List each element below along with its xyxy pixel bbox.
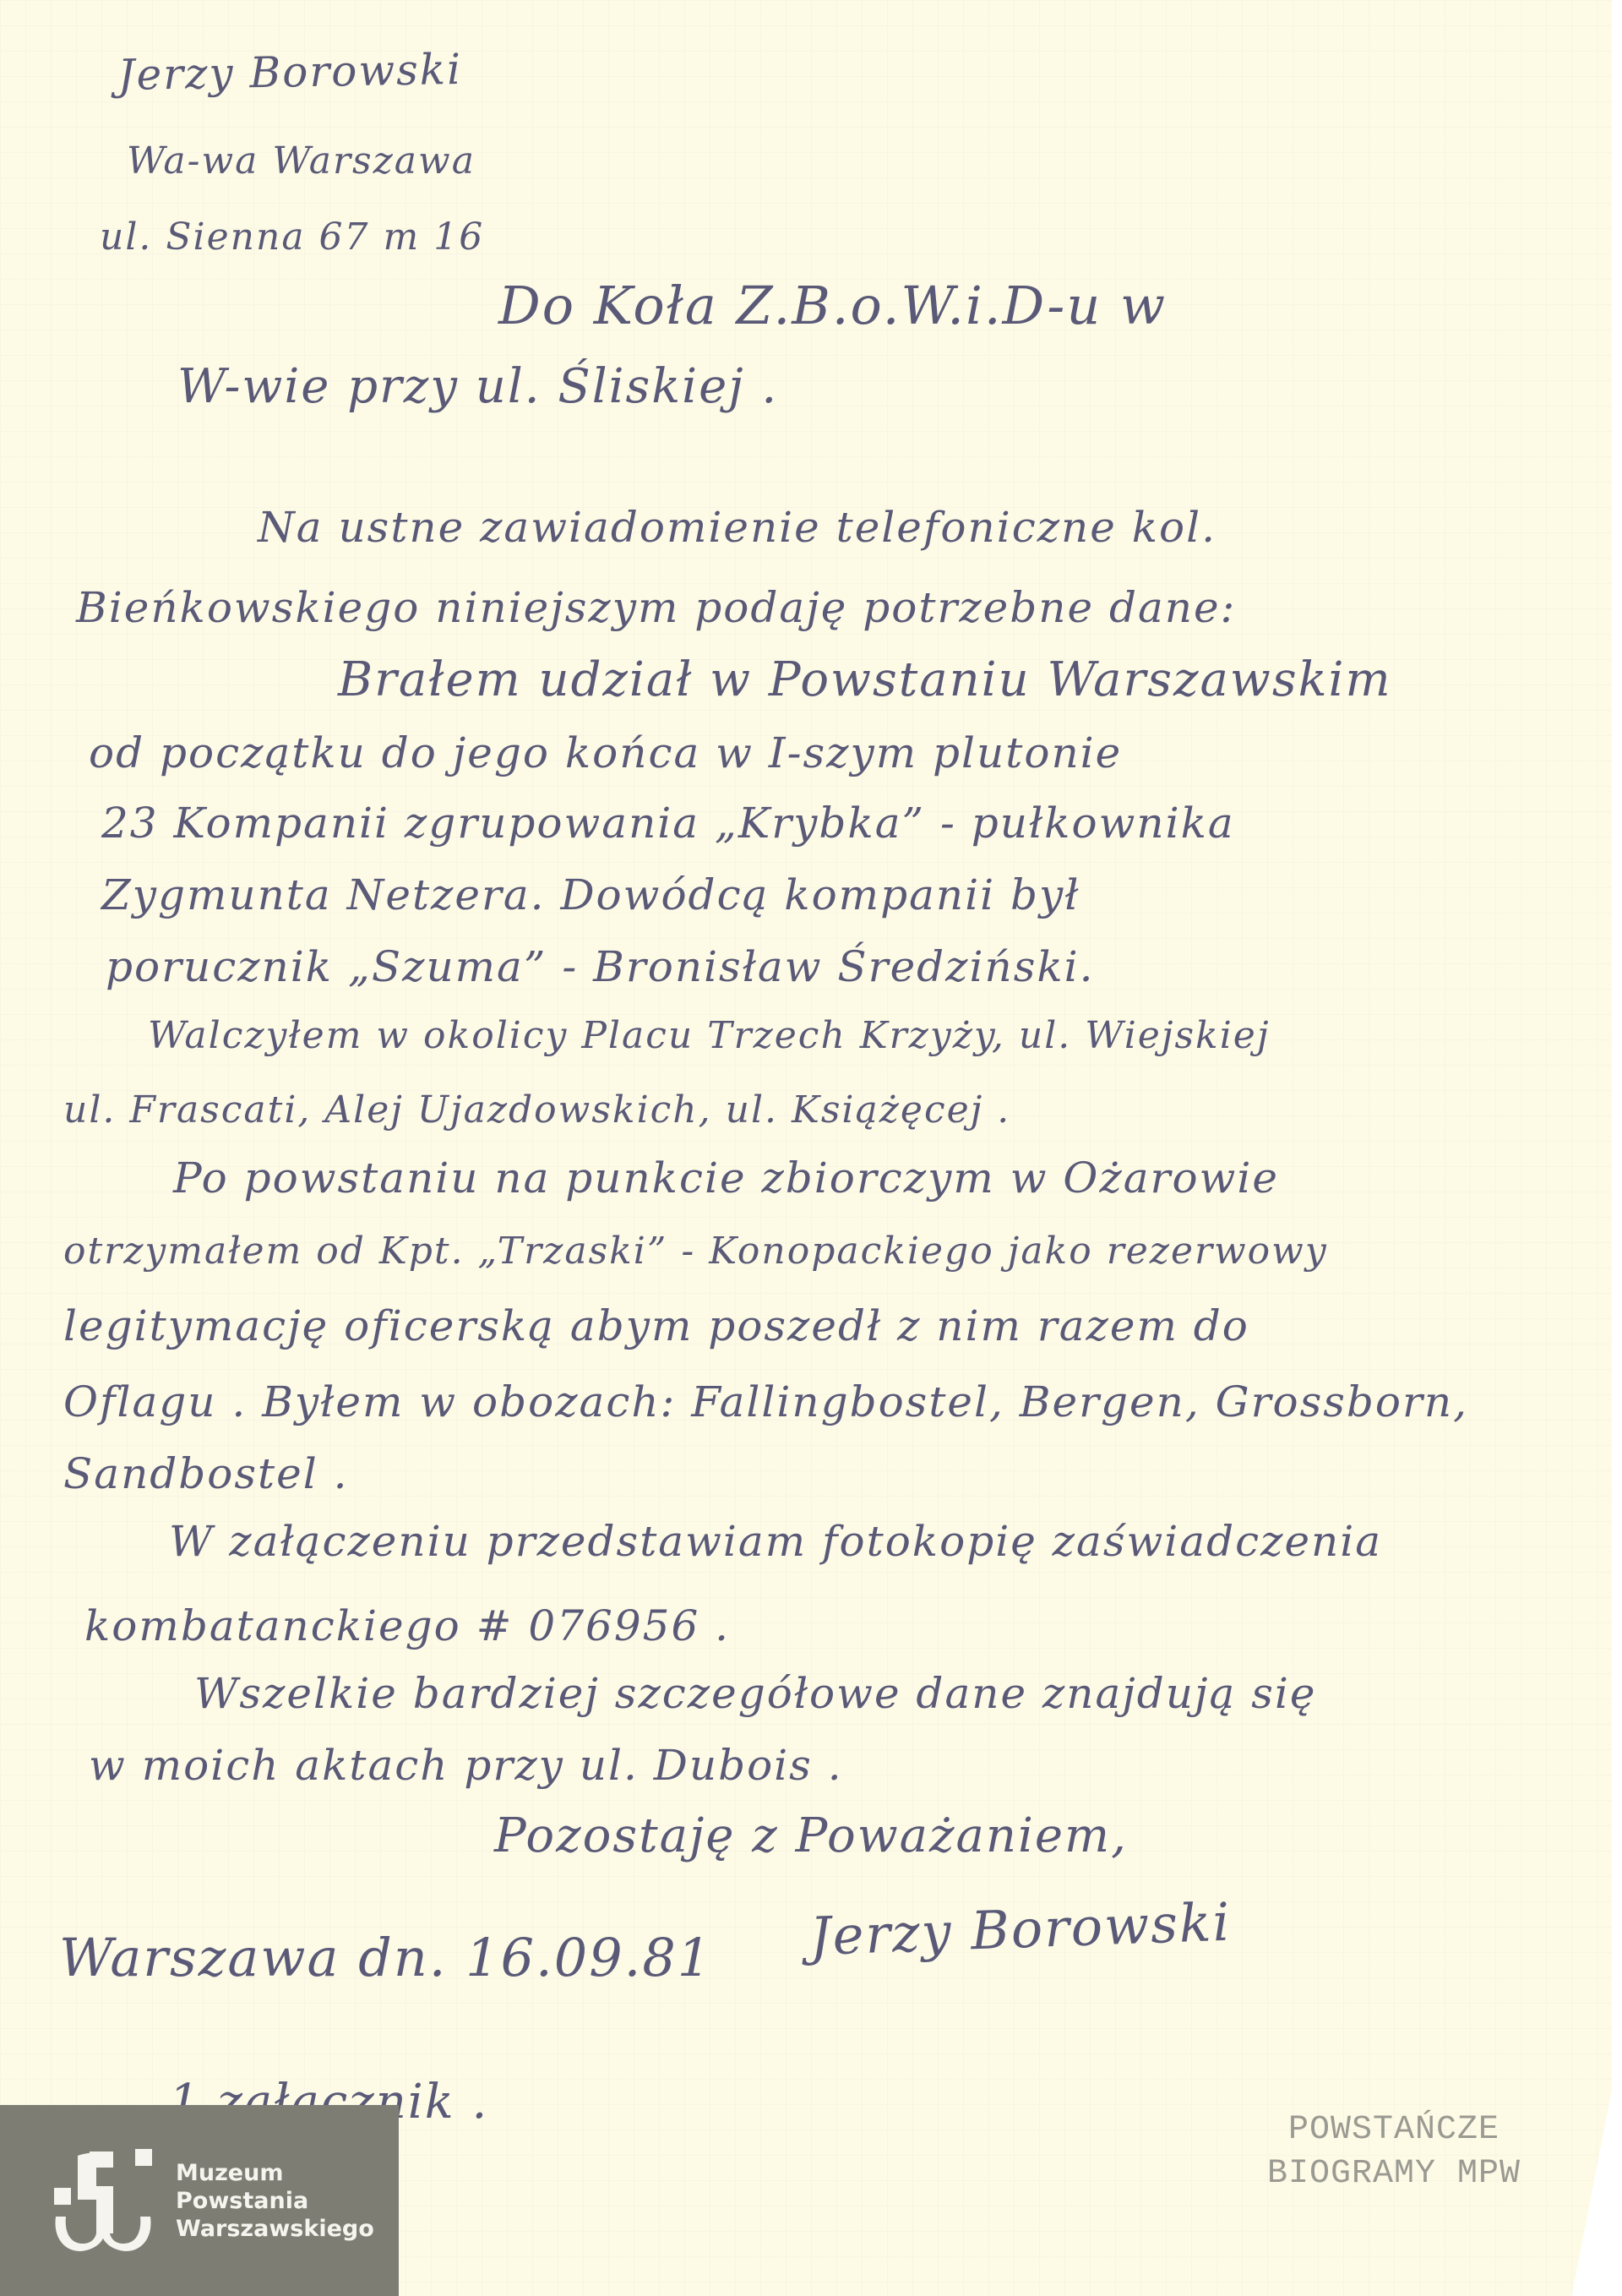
closing-greeting: Pozostaję z Poważaniem, <box>494 1808 1128 1863</box>
body-line-5: 23 Kompanii zgrupowania „Krybka” - pułko… <box>101 799 1235 848</box>
body-line-7: porucznik „Szuma” - Bronisław Średziński… <box>106 942 1095 991</box>
sender-city: Wa-wa Warszawa <box>127 139 476 183</box>
body-line-17: Wszelkie bardziej szczegółowe dane znajd… <box>194 1669 1316 1718</box>
sender-address: ul. Sienna 67 m 16 <box>100 215 484 259</box>
body-line-11: otrzymałem od Kpt. „Trzaski” - Konopacki… <box>63 1230 1328 1273</box>
body-line-1: Na ustne zawiadomienie telefoniczne kol. <box>258 503 1216 552</box>
body-line-12: legitymację oficerską abym poszedł z nim… <box>63 1301 1249 1350</box>
body-line-10: Po powstaniu na punkcie zbiorczym w Ożar… <box>173 1153 1279 1203</box>
place-date: Warszawa dn. 16.09.81 <box>59 1927 712 1988</box>
watermark-line-1: POWSTAŃCZE <box>1208 2108 1580 2152</box>
body-line-8: Walczyłem w okolicy Placu Trzech Krzyży,… <box>148 1014 1270 1057</box>
body-line-3: Brałem udział w Powstaniu Warszawskim <box>338 652 1392 707</box>
body-line-14: Sandbostel . <box>63 1449 349 1498</box>
logo-line-3: Warszawskiego <box>176 2215 374 2243</box>
body-line-6: Zygmunta Netzera. Dowódcą kompanii był <box>101 870 1080 919</box>
signature: Jerzy Borowski <box>808 1891 1232 1967</box>
logo-text: Muzeum Powstania Warszawskiego <box>176 2159 374 2243</box>
watermark-line-2: BIOGRAMY MPW <box>1208 2152 1580 2196</box>
addressee-line-2: W-wie przy ul. Śliskiej . <box>177 359 778 414</box>
letter-page: Jerzy Borowski Wa-wa Warszawa ul. Sienna… <box>0 0 1612 2296</box>
logo-line-1: Muzeum <box>176 2159 374 2187</box>
body-line-18: w moich aktach przy ul. Dubois . <box>89 1741 843 1790</box>
museum-logo: Muzeum Powstania Warszawskiego <box>0 2105 399 2296</box>
sender-name: Jerzy Borowski <box>117 45 463 100</box>
body-line-9: ul. Frascati, Alej Ujazdowskich, ul. Ksi… <box>63 1088 1010 1132</box>
body-line-2: Bieńkowskiego niniejszym podaję potrzebn… <box>76 583 1236 632</box>
logo-line-2: Powstania <box>176 2187 374 2215</box>
body-line-4: od początku do jego końca w I-szym pluto… <box>89 728 1122 777</box>
addressee-line-1: Do Koła Z.B.o.W.i.D-u w <box>498 275 1167 336</box>
kotwica-anchor-icon <box>52 2149 154 2255</box>
body-line-13: Oflagu . Byłem w obozach: Fallingbostel,… <box>63 1377 1468 1426</box>
body-line-16: kombatanckiego # 076956 . <box>84 1601 730 1650</box>
watermark: POWSTAŃCZE BIOGRAMY MPW <box>1208 2108 1580 2196</box>
body-line-15: W załączeniu przedstawiam fotokopię zaśw… <box>169 1517 1382 1566</box>
